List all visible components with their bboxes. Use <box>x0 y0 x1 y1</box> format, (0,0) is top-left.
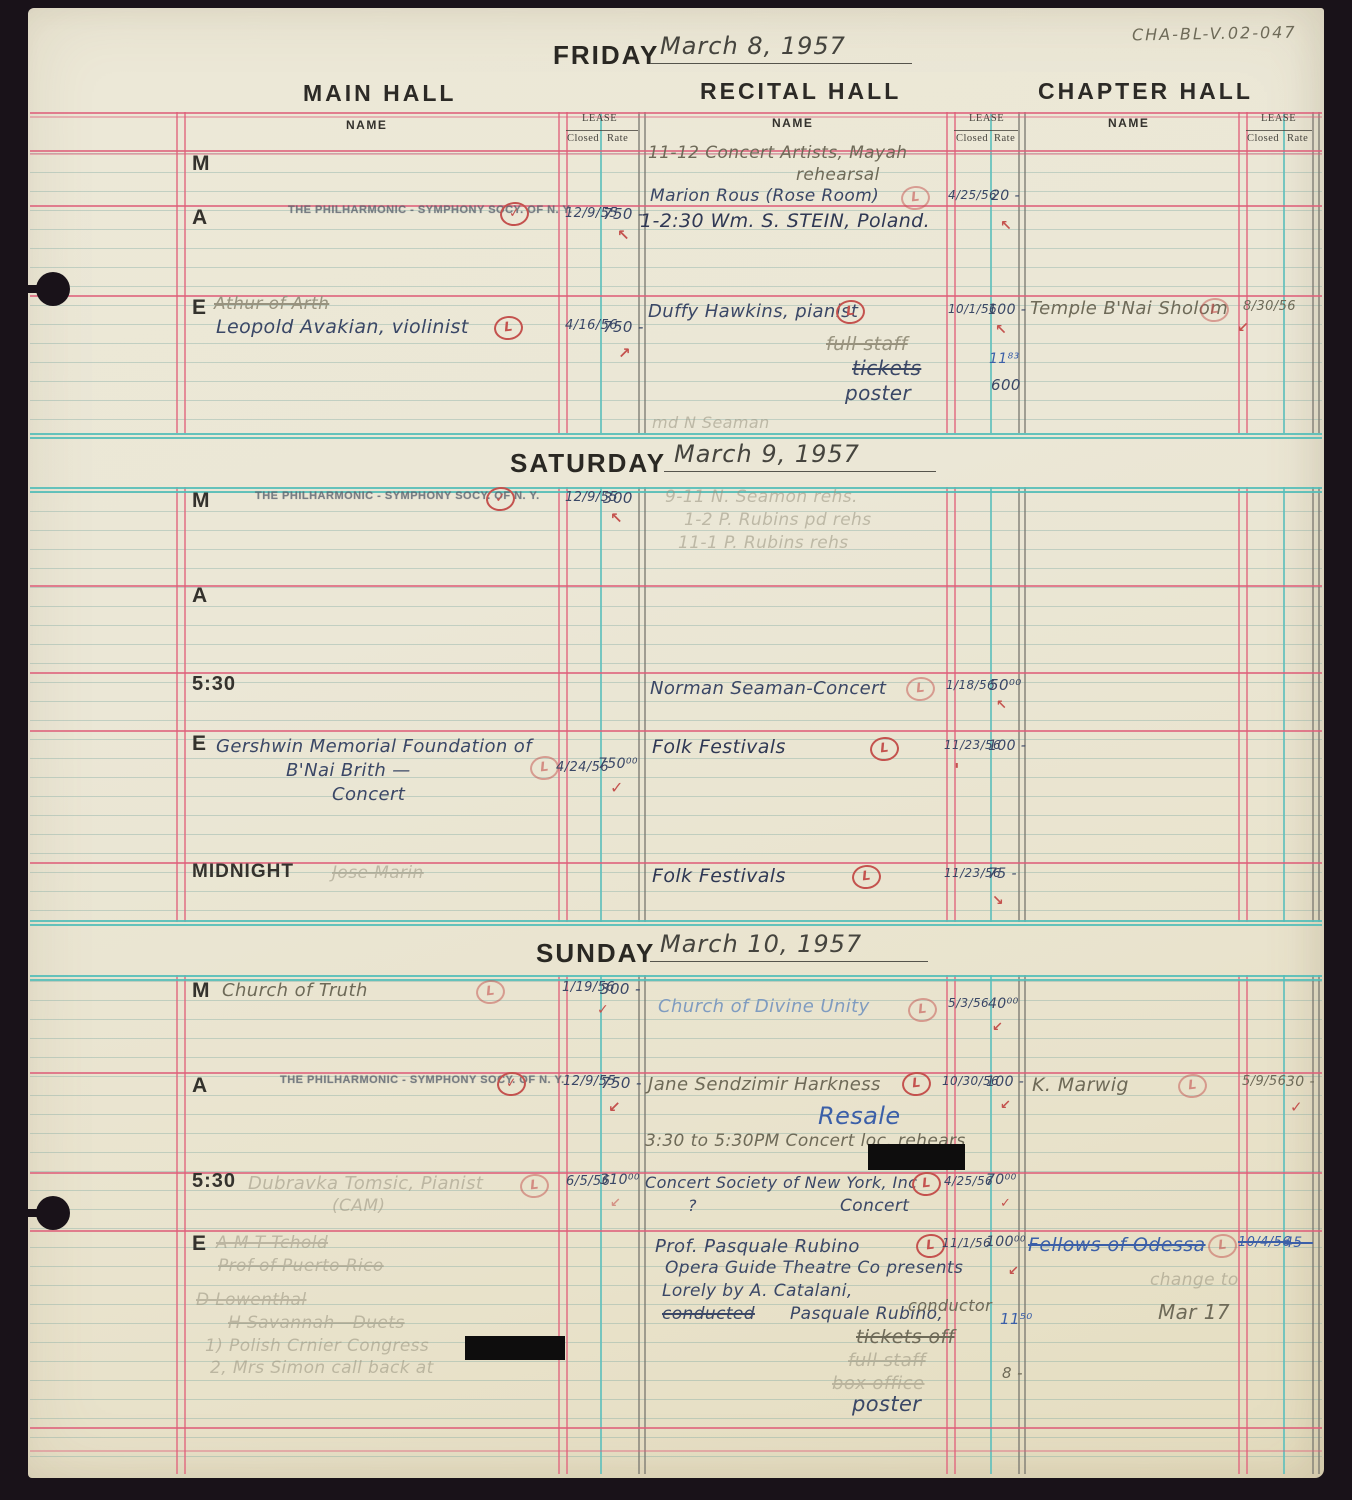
scanned-ledger-page: { "page": { "catalog_number": "CHA-BL-V.… <box>0 0 1352 1500</box>
ledger-paper <box>28 8 1324 1478</box>
